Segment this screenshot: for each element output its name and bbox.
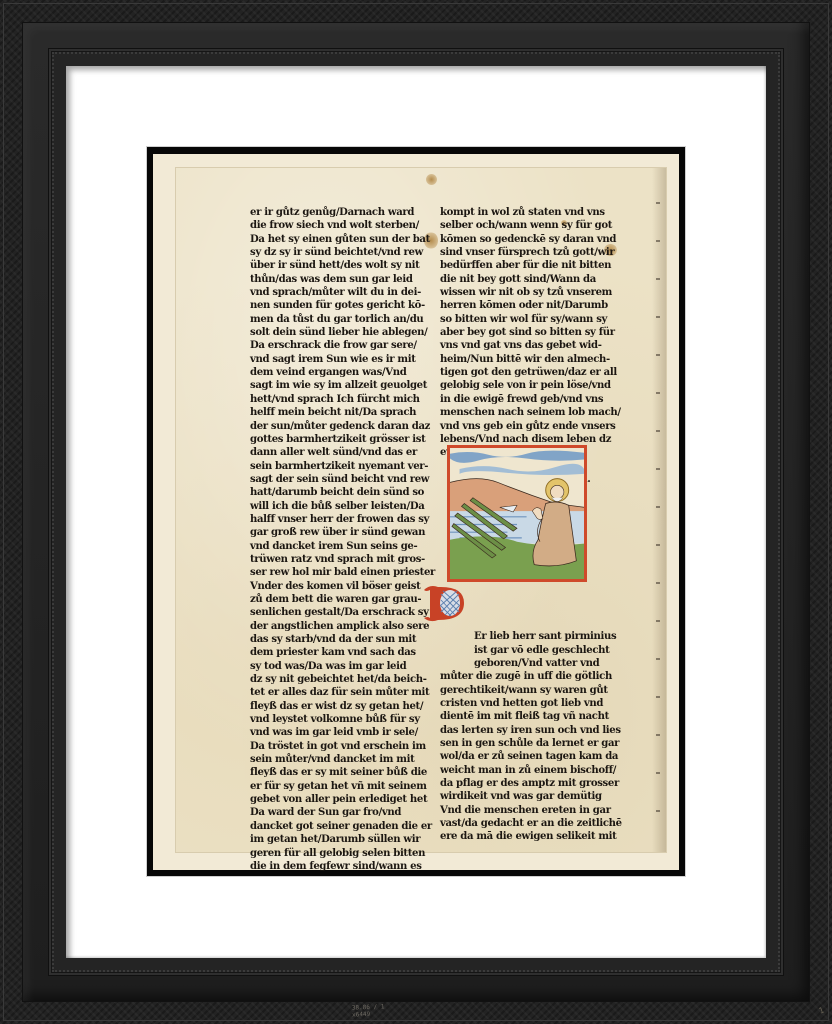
left-text-column: er ir gůtz genůg/Darnach warddie frow si… — [250, 206, 410, 873]
text-line: wirdikeit vnd was gar demütig — [440, 790, 600, 803]
text-line: will ich die bůß selber leisten/Da — [250, 500, 410, 513]
text-line: tet er alles daz für sein můter mit — [250, 686, 410, 699]
text-line: helff mein beicht nit/Da sprach — [250, 406, 410, 419]
text-line: Da het sy einen gůten sun der bat — [250, 233, 410, 246]
text-line: sein barmhertzikeit nyemant ver- — [250, 460, 410, 473]
text-line: das sy starb/vnd da der sun mit — [250, 633, 410, 646]
text-line: vns vnd gat vns das gebet wid- — [440, 339, 600, 352]
text-line: über ir sünd hett/des wolt sy nit — [250, 259, 410, 272]
text-line: vnd was im gar leid vmb ir sele/ — [250, 726, 410, 739]
text-line: hett/vnd sprach Ich fürcht mich — [250, 393, 410, 406]
text-line: vnd leystet volkomne bůß für sy — [250, 713, 410, 726]
text-line: aber bey got sind so bitten sy für — [440, 326, 600, 339]
text-line: kōmen so gedenckē sy daran vnd — [440, 233, 600, 246]
text-line: er für sy getan het vñ mit seinem — [250, 780, 410, 793]
text-line: geren für all gelobig selen bitten — [250, 847, 410, 860]
text-line: halff vnser herr der frowen das sy — [250, 513, 410, 526]
text-line: dann aller welt sünd/vnd das er — [250, 446, 410, 459]
text-line: hatt/darumb beicht dein sünd so — [250, 486, 410, 499]
text-line: můter die zugē in uff die götlich — [440, 670, 600, 683]
text-line: fleyß das er sy mit seiner bůß die — [250, 766, 410, 779]
vita-text-block: Er lieb herr sant pirminiusist gar vō ed… — [440, 630, 600, 844]
catalog-line-2: x6449 — [352, 1010, 385, 1018]
text-line: vast/da gedacht er an die zeitlichē — [440, 817, 600, 830]
text-line: Da ward der Sun gar fro/vnd — [250, 806, 410, 819]
text-line: thůn/das was dem sun gar leid — [250, 273, 410, 286]
text-line: dancket got seiner genaden die er — [250, 820, 410, 833]
text-line: tigen got den getrüwen/daz er all — [440, 366, 600, 379]
text-line: geboren/Vnd vatter vnd — [440, 657, 600, 670]
text-line: dientē im mit fleiß tag vñ nacht — [440, 710, 600, 723]
text-line: senlichen gestalt/Da erschrack sy — [250, 606, 410, 619]
text-line: gottes barmhertzikeit grösser ist — [250, 433, 410, 446]
text-line: fleyß das er wist dz sy getan het/ — [250, 700, 410, 713]
text-line: selber och/wann wenn sy für got — [440, 219, 600, 232]
text-line: die in dem fegfewr sind/wann es — [250, 860, 410, 873]
saint-pirminius-woodcut-image — [450, 448, 584, 579]
text-line: sein můter/vnd dancket im mit — [250, 753, 410, 766]
text-line: Vnd die menschen ereten in gar — [440, 804, 600, 817]
text-line: er ir gůtz genůg/Darnach ward — [250, 206, 410, 219]
text-line: vnd sprach/můter wilt du in dei- — [250, 286, 410, 299]
text-line: kompt in wol zů staten vnd vns — [440, 206, 600, 219]
text-line: der sun/můter gedenck daran daz — [250, 420, 410, 433]
text-line: cristen vnd hetten got lieb vnd — [440, 697, 600, 710]
catalog-number-annotation: 38.86 / 1 x6449 — [352, 1003, 385, 1018]
text-line: der angstlichen amplick also sere — [250, 620, 410, 633]
text-line: sy dz sy ir sünd beichtet/vnd rew — [250, 246, 410, 259]
manuscript-leaf: er ir gůtz genůg/Darnach warddie frow si… — [176, 168, 666, 852]
text-line: solt dein sünd lieber hie ablegen/ — [250, 326, 410, 339]
woodcut-illustration — [447, 445, 587, 582]
text-line: weicht man in zů einem bischoff/ — [440, 764, 600, 777]
decorated-initial-letter — [420, 582, 470, 624]
text-line: sy tod was/Da was im gar leid — [250, 660, 410, 673]
text-line: dem priester kam vnd sach das — [250, 646, 410, 659]
text-line: herren kōmen oder nit/Darumb — [440, 299, 600, 312]
text-line: nen sunden für gotes gericht kō- — [250, 299, 410, 312]
text-line: so bitten wir wol für sy/wann sy — [440, 313, 600, 326]
text-line: in die ewigē frewd geb/vnd vns — [440, 393, 600, 406]
text-line: gebet von aller pein erlediget het — [250, 793, 410, 806]
text-line: menschen nach seinem lob mach/ — [440, 406, 600, 419]
text-line: wol/da er zů seinen tagen kam da — [440, 750, 600, 763]
text-line: sen in gen schůle da lernet er gar — [440, 737, 600, 750]
foxing-stain — [426, 174, 437, 185]
text-line: Da erschrack die frow gar sere/ — [250, 339, 410, 352]
text-line: sagt der sein sünd beicht vnd rew — [250, 473, 410, 486]
text-line: trüwen ratz vnd sprach mit gros- — [250, 553, 410, 566]
initial-letter-graphic — [420, 582, 470, 624]
text-line: die nit bey gott sind/Wann da — [440, 273, 600, 286]
leaf-edge-worm-holes — [656, 188, 660, 828]
text-line: zů dem bett die waren gar grau- — [250, 593, 410, 606]
text-line: Vnder des komen vil böser geist — [250, 580, 410, 593]
text-line: heim/Nun bittē wir den almech- — [440, 353, 600, 366]
text-line: wissen wir nit ob sy tzů vnserem — [440, 286, 600, 299]
text-line: das lerten sy iren sun och vnd lies — [440, 724, 600, 737]
text-line: gar groß rew über ir sünd gewan — [250, 526, 410, 539]
text-line: vnd dancket irem Sun seins ge- — [250, 540, 410, 553]
text-line: ser rew hol mir bald einen priester — [250, 566, 410, 579]
text-line: da pflag er des amptz mit grosser — [440, 777, 600, 790]
text-line: ere da mā die ewigen selikeit mit — [440, 830, 600, 843]
text-line: sind vnser fürsprech tzů gott/wir — [440, 246, 600, 259]
text-line: dem veind ergangen was/Vnd — [250, 366, 410, 379]
text-line: dz sy nit gebeichtet het/da beich- — [250, 673, 410, 686]
text-line: vnd vns geb ein gůtz ende vnsers — [440, 420, 600, 433]
text-line: im getan het/Darumb süllen wir — [250, 833, 410, 846]
text-line: sagt im wie sy im allzeit geuolget — [250, 379, 410, 392]
text-line: Er lieb herr sant pirminius — [440, 630, 600, 643]
text-line: vnd sagt irem Sun wie es ir mit — [250, 353, 410, 366]
text-line: gelobig sele von ir pein löse/vnd — [440, 379, 600, 392]
text-line: Da tröstet in got vnd erschein im — [250, 740, 410, 753]
text-line: bedürffen aber für die nit bitten — [440, 259, 600, 272]
text-line: die frow siech vnd wolt sterben/ — [250, 219, 410, 232]
text-line: ist gar vō edle geschlecht — [440, 644, 600, 657]
text-line: men da tůst du gar torlich an/du — [250, 313, 410, 326]
text-line: gerechtikeit/wann sy waren gůt — [440, 684, 600, 697]
